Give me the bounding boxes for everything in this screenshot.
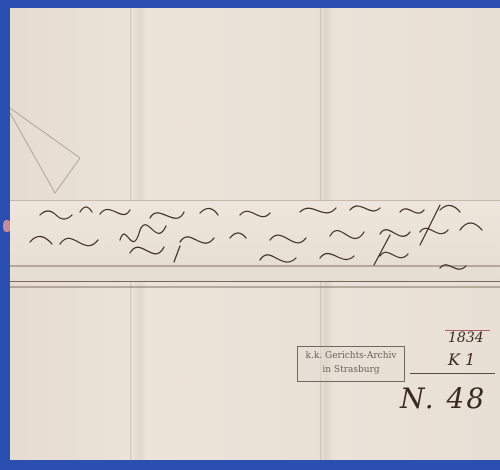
stamp-line-1: k.k. Gerichts-Archiv (298, 349, 404, 363)
address-strip (10, 200, 500, 282)
fold-crease-horizontal (10, 286, 500, 288)
fold-crease-horizontal (10, 265, 500, 267)
stamp-line-2: in Strasburg (298, 363, 404, 377)
annotation-code: K 1 (448, 350, 475, 369)
folded-corner (10, 108, 80, 198)
annotation-number: N. 48 (400, 382, 486, 415)
archive-stamp: k.k. Gerichts-Archiv in Strasburg (297, 346, 405, 382)
annotation-rule (410, 373, 495, 374)
annotation-year: 1834 (448, 330, 484, 346)
